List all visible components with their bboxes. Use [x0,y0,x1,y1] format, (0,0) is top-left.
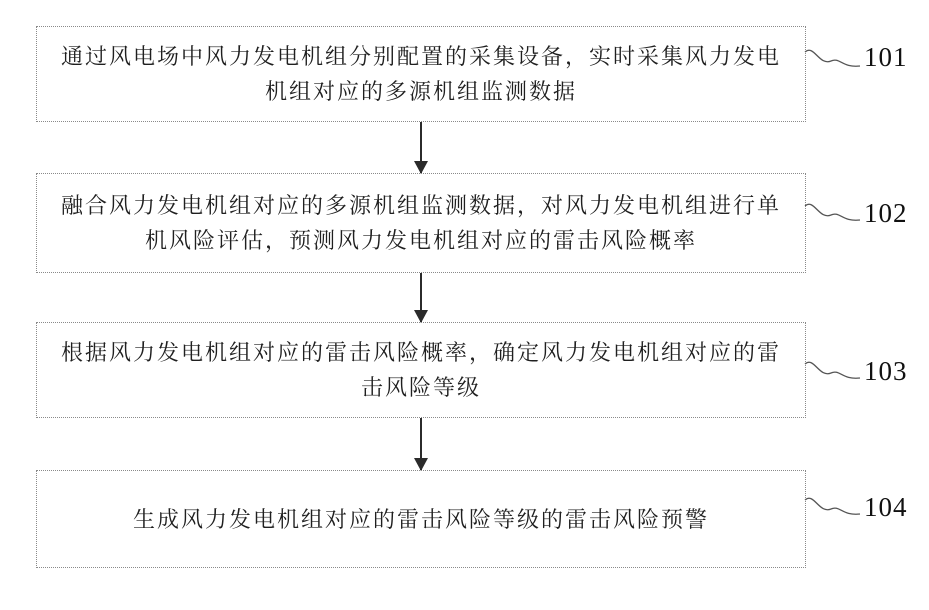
flowchart-figure: 通过风电场中风力发电机组分别配置的采集设备，实时采集风力发电 机组对应的多源机组… [0,0,929,610]
reference-numeral-103: 103 [864,358,926,385]
flow-step-box-4: 生成风力发电机组对应的雷击风险等级的雷击风险预警 [36,470,806,568]
lead-line-101 [804,46,862,72]
lead-line-104 [804,494,862,520]
down-arrow-3 [420,418,422,470]
step3-text-line1: 根据风力发电机组对应的雷击风险概率，确定风力发电机组对应的雷 [61,335,781,370]
step2-text-line1: 融合风力发电机组对应的多源机组监测数据，对风力发电机组进行单 [61,188,781,223]
flow-step-box-2: 融合风力发电机组对应的多源机组监测数据，对风力发电机组进行单 机风险评估，预测风… [36,173,806,273]
step1-text-line1: 通过风电场中风力发电机组分别配置的采集设备，实时采集风力发电 [61,39,781,74]
lead-line-103 [804,358,862,384]
flow-step-box-1: 通过风电场中风力发电机组分别配置的采集设备，实时采集风力发电 机组对应的多源机组… [36,26,806,122]
step4-text-line1: 生成风力发电机组对应的雷击风险等级的雷击风险预警 [133,502,709,537]
step3-text-line2: 击风险等级 [361,370,481,405]
down-arrow-2 [420,273,422,322]
step1-text-line2: 机组对应的多源机组监测数据 [265,74,577,109]
down-arrow-1 [420,122,422,173]
reference-numeral-104: 104 [864,494,926,521]
reference-numeral-101: 101 [864,44,926,71]
lead-line-102 [804,200,862,226]
step2-text-line2: 机风险评估，预测风力发电机组对应的雷击风险概率 [145,223,697,258]
reference-numeral-102: 102 [864,200,926,227]
flow-step-box-3: 根据风力发电机组对应的雷击风险概率，确定风力发电机组对应的雷 击风险等级 [36,322,806,418]
